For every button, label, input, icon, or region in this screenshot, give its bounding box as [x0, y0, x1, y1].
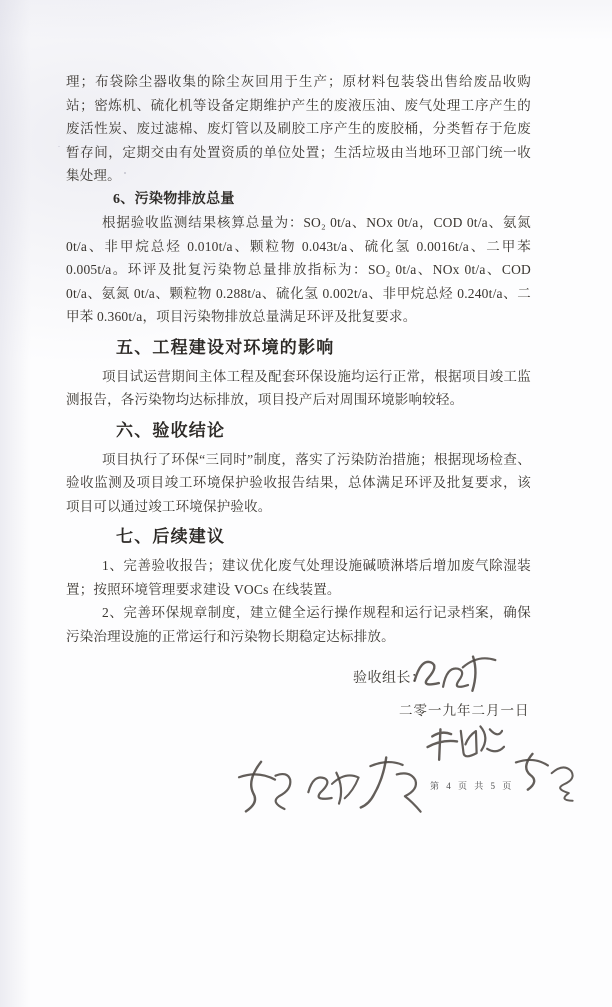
acceptance-date: 二零一九年二月一日 [399, 699, 530, 719]
heading-pollutant-totals: 6、污染物排放总量 [66, 188, 531, 212]
heading-acceptance-conclusion: 六、验收结论 [66, 420, 531, 442]
panel-handwritten-signature-4 [414, 719, 507, 779]
document-body: 理；布袋除尘器收集的除尘灰回用于生产；原材料包装袋出售给废品收购站；密炼机、硫化… [66, 70, 531, 648]
paragraph-acceptance-conclusion: 项目执行了环保“三同时”制度，落实了污染防治措施；根据现场检查、验收监测及项目竣… [66, 448, 531, 519]
paragraph-environmental-impact: 项目试运营期间主体工程及配套环保设施均运行正常，根据项目竣工监测报告，各污染物均… [66, 365, 531, 412]
paragraph-suggestion-1: 1、完善验收报告；建议优化废气处理设施碱喷淋塔后增加废气除湿装置；按照环境管理要… [66, 554, 531, 601]
page-number-indicator: 第 4 页 共 5 页 [430, 779, 514, 792]
scanned-document-page: 理；布袋除尘器收集的除尘灰回用于生产；原材料包装袋出售给废品收购站；密炼机、硫化… [0, 0, 612, 1007]
panel-handwritten-signature-5 [503, 745, 585, 810]
paragraph-pollutant-totals: 根据验收监测结果核算总量为：SO₂ 0t/a、NOx 0t/a，COD 0t/a… [66, 211, 531, 329]
panel-handwritten-signature-1 [224, 752, 297, 822]
paragraph-suggestion-2: 2、完善环保规章制度，建立健全运行操作规程和运行记录档案，确保污染治理设施的正常… [66, 601, 531, 648]
scan-speckle [58, 146, 60, 147]
heading-environmental-impact: 五、工程建设对环境的影响 [66, 337, 531, 359]
continued-paragraph: 理；布袋除尘器收集的除尘灰回用于生产；原材料包装袋出售给废品收购站；密炼机、硫化… [66, 70, 531, 188]
heading-followup-suggestions: 七、后续建议 [66, 526, 531, 548]
leader-handwritten-signature [406, 643, 501, 699]
